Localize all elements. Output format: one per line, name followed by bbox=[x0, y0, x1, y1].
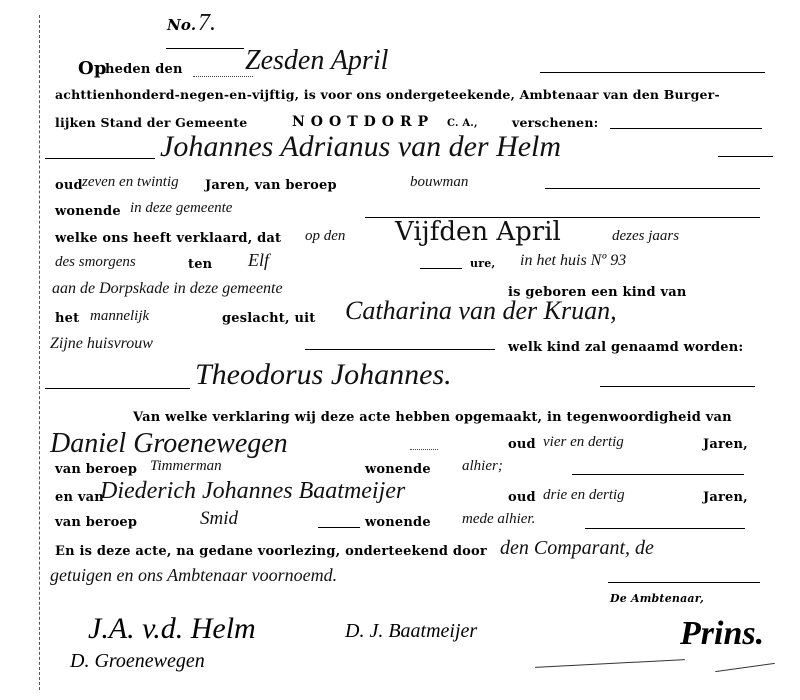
line-fill bbox=[420, 268, 462, 269]
witness1-jaren-text: Jaren, bbox=[703, 437, 748, 452]
number-underline bbox=[166, 48, 244, 49]
father-age-handwritten: zeven en twintig bbox=[82, 174, 179, 191]
signature-flourish bbox=[715, 663, 775, 672]
geslacht-uit-text: geslacht, uit bbox=[222, 311, 315, 326]
line-fill bbox=[318, 527, 360, 528]
oud-text: oud bbox=[55, 178, 83, 193]
voorlezing-text: En is deze acte, na gedane voorlezing, o… bbox=[55, 544, 487, 559]
witness1-occupation-handwritten: Timmerman bbox=[150, 458, 222, 475]
witness2-beroep-text: van beroep bbox=[55, 515, 137, 530]
printed-line-2: achttienhonderd-negen-en-vijftig, is voo… bbox=[55, 87, 720, 102]
line-fill bbox=[572, 474, 744, 475]
certificate-number-value: 7. bbox=[198, 10, 216, 37]
birth-certificate-page: No. 7. Op heden den Zesden April achttie… bbox=[0, 0, 800, 700]
municipality-name: NOOTDORP bbox=[292, 114, 434, 130]
witness2-age-handwritten: drie en dertig bbox=[543, 487, 625, 504]
jaren-van-beroep-text: Jaren, van beroep bbox=[205, 178, 337, 193]
margin-dashed-line bbox=[39, 15, 40, 690]
dezes-jaars-handwritten: dezes jaars bbox=[612, 228, 679, 245]
official-signature: Prins. bbox=[680, 615, 764, 653]
signature-flourish bbox=[535, 659, 685, 668]
witness2-name-handwritten: Diederich Johannes Baatmeijer bbox=[100, 478, 405, 505]
sex-handwritten: mannelijk bbox=[90, 308, 149, 325]
witness1-signature: D. Groenewegen bbox=[70, 650, 205, 673]
birth-date-handwritten: Vijfden April bbox=[395, 217, 561, 247]
date-handwritten: Zesden April bbox=[245, 45, 388, 77]
ambtenaar-label: De Ambtenaar, bbox=[610, 592, 704, 605]
witness2-oud-text: oud bbox=[508, 490, 536, 505]
het-text: het bbox=[55, 311, 79, 326]
en-van-text: en van bbox=[55, 490, 104, 505]
time-of-day-handwritten: des smorgens bbox=[55, 254, 136, 271]
line-fill bbox=[600, 386, 755, 387]
op-word: Op bbox=[78, 58, 107, 79]
father-signature: J.A. v.d. Helm bbox=[88, 612, 256, 646]
hour-handwritten: Elf bbox=[248, 250, 269, 271]
ure-text: ure, bbox=[470, 257, 495, 270]
witness2-wonende-text: wonende bbox=[365, 515, 431, 530]
witness1-residence-handwritten: alhier; bbox=[462, 458, 503, 475]
house-number-handwritten: in het huis Nº 93 bbox=[520, 252, 626, 270]
ten-text: ten bbox=[188, 257, 212, 272]
verschenen-text: verschenen: bbox=[512, 115, 598, 130]
dotted-fill bbox=[410, 449, 438, 450]
printed-line-3a: lijken Stand der Gemeente bbox=[55, 115, 247, 130]
certificate-number-label: No. bbox=[167, 16, 196, 34]
wonende-text: wonende bbox=[55, 204, 121, 219]
line-fill bbox=[305, 349, 495, 350]
father-occupation-handwritten: bouwman bbox=[410, 174, 468, 191]
municipality-suffix: C. A., bbox=[447, 118, 478, 129]
op-den-handwritten: op den bbox=[305, 228, 345, 245]
witness1-age-handwritten: vier en dertig bbox=[543, 434, 624, 451]
line-fill bbox=[540, 72, 765, 73]
witness2-residence-handwritten: mede alhier. bbox=[462, 511, 535, 528]
witness1-beroep-text: van beroep bbox=[55, 462, 137, 477]
dotted-fill bbox=[193, 76, 253, 77]
line-fill bbox=[608, 582, 760, 583]
line-fill bbox=[45, 388, 190, 389]
witness1-name-handwritten: Daniel Groenewegen bbox=[50, 428, 288, 460]
witness1-wonende-text: wonende bbox=[365, 462, 431, 477]
witness2-occupation-handwritten: Smid bbox=[200, 508, 238, 530]
line-fill bbox=[545, 188, 760, 189]
line-fill bbox=[45, 158, 155, 159]
line-fill bbox=[718, 156, 773, 157]
line-fill bbox=[610, 128, 762, 129]
heden-den-text: heden den bbox=[105, 62, 183, 77]
witness1-oud-text: oud bbox=[508, 437, 536, 452]
verklaard-text: welke ons heeft verklaard, dat bbox=[55, 231, 281, 246]
mother-name-handwritten: Catharina van der Kruan, bbox=[345, 296, 617, 326]
signers-continued-handwritten: getuigen en ons Ambtenaar voornoemd. bbox=[50, 565, 337, 586]
relation-handwritten: Zijne huisvrouw bbox=[50, 335, 153, 353]
father-name-handwritten: Johannes Adrianus van der Helm bbox=[160, 130, 561, 164]
verklaring-text: Van welke verklaring wij deze acte hebbe… bbox=[133, 410, 732, 425]
line-fill bbox=[585, 528, 745, 529]
child-name-handwritten: Theodorus Johannes. bbox=[195, 358, 452, 392]
street-handwritten: aan de Dorpskade in deze gemeente bbox=[52, 280, 283, 298]
genaamd-text: welk kind zal genaamd worden: bbox=[508, 340, 743, 355]
residence-handwritten: in deze gemeente bbox=[130, 200, 232, 217]
witness2-signature: D. J. Baatmeijer bbox=[345, 620, 477, 643]
witness2-jaren-text: Jaren, bbox=[703, 490, 748, 505]
signers-handwritten: den Comparant, de bbox=[500, 537, 654, 560]
